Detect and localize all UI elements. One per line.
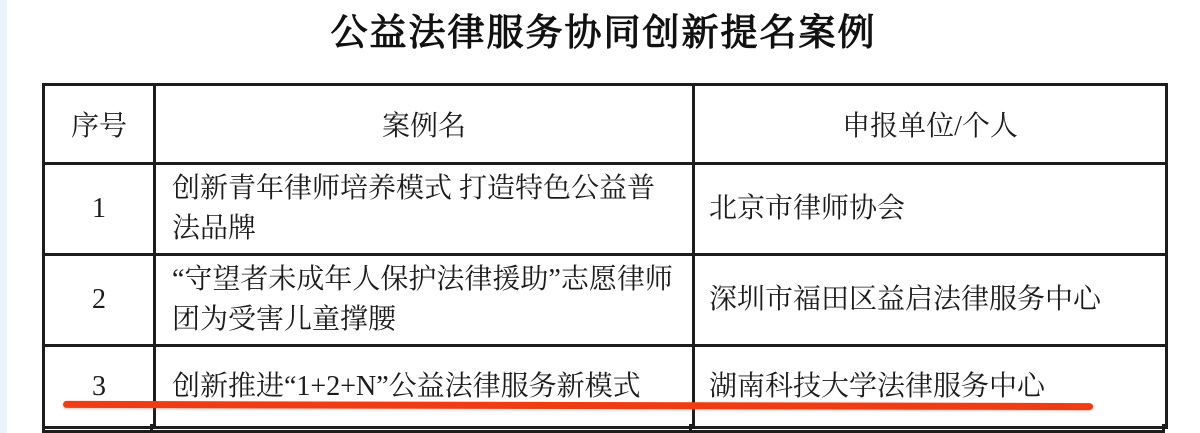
case-name-cell: 创新推进“1+2+N”公益法律服务新模式 <box>155 346 694 428</box>
table-row: 2 “守望者未成年人保护法律援助”志愿律师团为受害儿童撑腰 深圳市福田区益启法律… <box>44 255 1167 346</box>
table-row: 1 创新青年律师培养模式 打造特色公益普法品牌 北京市律师协会 <box>44 164 1167 255</box>
header-cell-unit: 申报单位/个人 <box>694 85 1167 164</box>
case-name-cell: 创新青年律师培养模式 打造特色公益普法品牌 <box>155 164 694 255</box>
page-title: 公益法律服务协同创新提名案例 <box>42 8 1165 60</box>
header-cell-no: 序号 <box>44 85 155 164</box>
cases-table: 序号 案例名 申报单位/个人 1 创新青年律师培养模式 打造特色公益普法品牌 北… <box>42 83 1168 429</box>
unit-cell: 深圳市福田区益启法律服务中心 <box>694 255 1167 346</box>
column-border-stub <box>1162 424 1165 433</box>
row-number-cell: 3 <box>44 346 155 428</box>
unit-cell: 北京市律师协会 <box>694 164 1167 255</box>
column-border-stub <box>150 424 153 433</box>
column-border-stub <box>689 424 692 433</box>
table-header-row: 序号 案例名 申报单位/个人 <box>44 85 1167 164</box>
table-row-highlighted: 3 创新推进“1+2+N”公益法律服务新模式 湖南科技大学法律服务中心 <box>44 346 1167 428</box>
header-cell-case: 案例名 <box>155 85 694 164</box>
case-name-cell: “守望者未成年人保护法律援助”志愿律师团为受害儿童撑腰 <box>155 255 694 346</box>
page-left-edge-strip <box>0 0 7 433</box>
row-number-cell: 1 <box>44 164 155 255</box>
column-border-stub <box>42 424 45 433</box>
unit-cell: 湖南科技大学法律服务中心 <box>694 346 1167 428</box>
row-number-cell: 2 <box>44 255 155 346</box>
document-page: 公益法律服务协同创新提名案例 序号 案例名 申报单位/个人 1 创新青年律师培养… <box>0 0 1200 433</box>
